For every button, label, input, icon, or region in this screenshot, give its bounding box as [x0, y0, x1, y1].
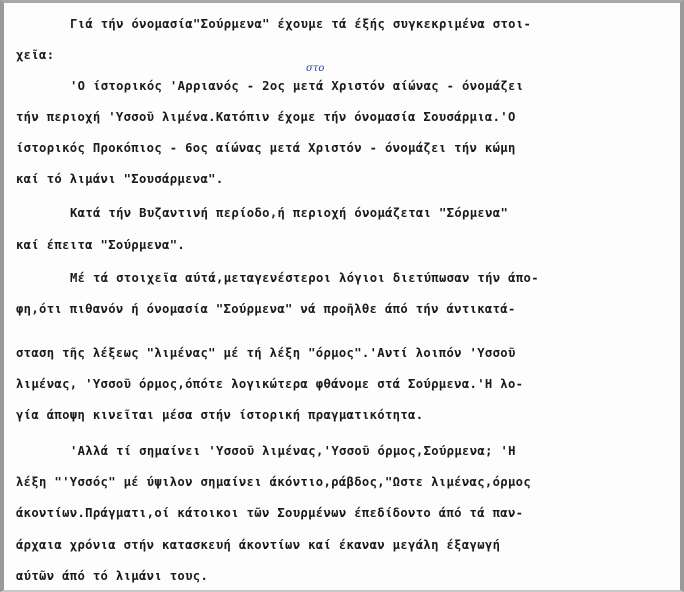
text-line: άρχαια χρόνια στήν κατασκευή άκοντίων κα… — [16, 538, 500, 552]
handwritten-annotation: στο — [306, 63, 324, 74]
typewritten-page: Γιά τήν όνομασία"Σούρμενα" έχουμε τά έξή… — [0, 0, 684, 592]
text-line: αύτῶν άπό τό λιμάνι τους. — [16, 569, 208, 583]
text-line: σταση τῆς λέξεως "λιμένας" μέ τή λέξη "ό… — [16, 346, 516, 360]
text-line: λέξη "'Υσσός" μέ ύψιλον σημαίνει άκόντιο… — [16, 475, 531, 489]
text-line: τήν περιοχή 'Υσσοῦ λιμένα.Κατόπιν έχομε … — [16, 110, 516, 124]
text-line: Κατά τήν Βυζαντινή περίοδο,ή περιοχή όνο… — [70, 206, 508, 220]
text-line: λιμένας, 'Υσσοῦ όρμος,όπότε λογικώτερα φ… — [16, 377, 523, 391]
text-line: καί τό λιμάνι "Σουσάρμενα". — [16, 172, 224, 186]
text-line: γία άποψη κινεῖται μέσα στήν ίστορική πρ… — [16, 408, 423, 422]
text-line: φη,ότι πιθανόν ή όνομασία "Σούρμενα" νά … — [16, 302, 516, 316]
text-line: 'Αλλά τί σημαίνει 'Υσσοῦ λιμένας,'Υσσοῦ … — [70, 444, 516, 458]
text-line: ίστορικός Προκόπιος - 6ος αίώνας μετά Χρ… — [16, 141, 516, 155]
text-line: καί έπειτα "Σούρμενα". — [16, 238, 185, 252]
text-line: Γιά τήν όνομασία"Σούρμενα" έχουμε τά έξή… — [70, 17, 531, 31]
text-line: Μέ τά στοιχεῖα αύτά,μεταγενέστεροι λόγιο… — [70, 271, 539, 285]
text-line: 'Ο ίστορικός 'Αρριανός - 2ος μετά Χριστό… — [70, 79, 524, 93]
text-line: άκοντίων.Πράγματι,οί κάτοικοι τῶν Σουρμέ… — [16, 506, 523, 520]
text-line: χεῖα: — [16, 48, 54, 62]
